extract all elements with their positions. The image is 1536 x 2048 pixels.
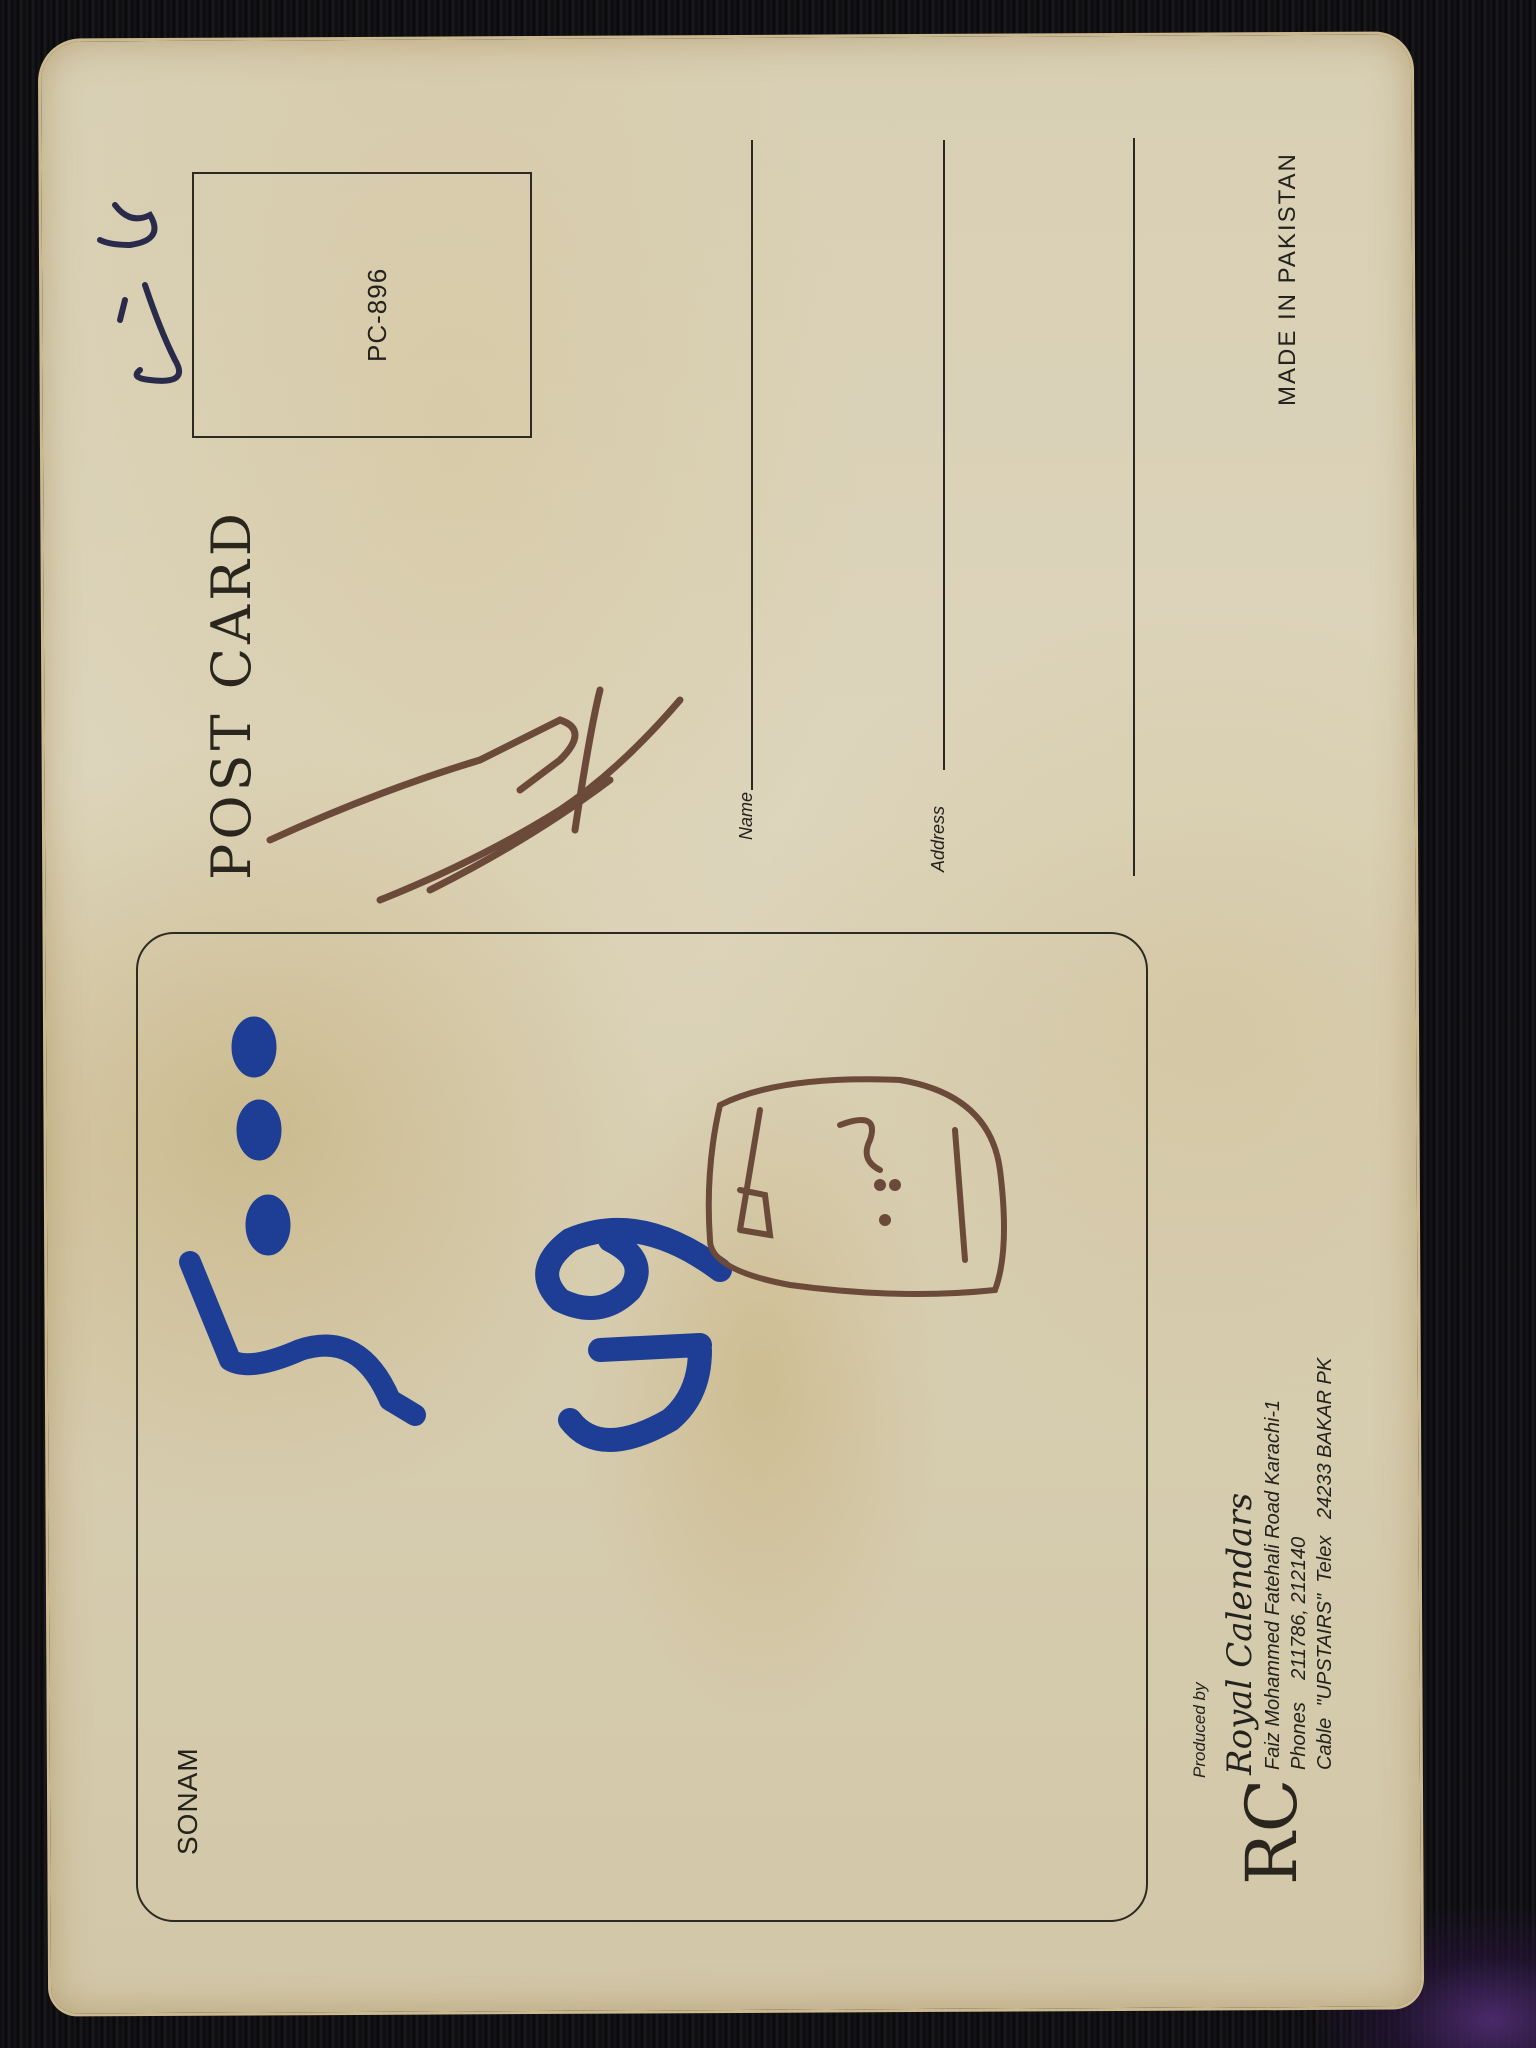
brown-sketch [709, 1079, 1004, 1294]
brown-signature [270, 690, 680, 900]
blue-marker-price [190, 1017, 415, 1415]
corner-urdu-script [100, 205, 179, 381]
blue-marker-number [547, 1230, 720, 1440]
